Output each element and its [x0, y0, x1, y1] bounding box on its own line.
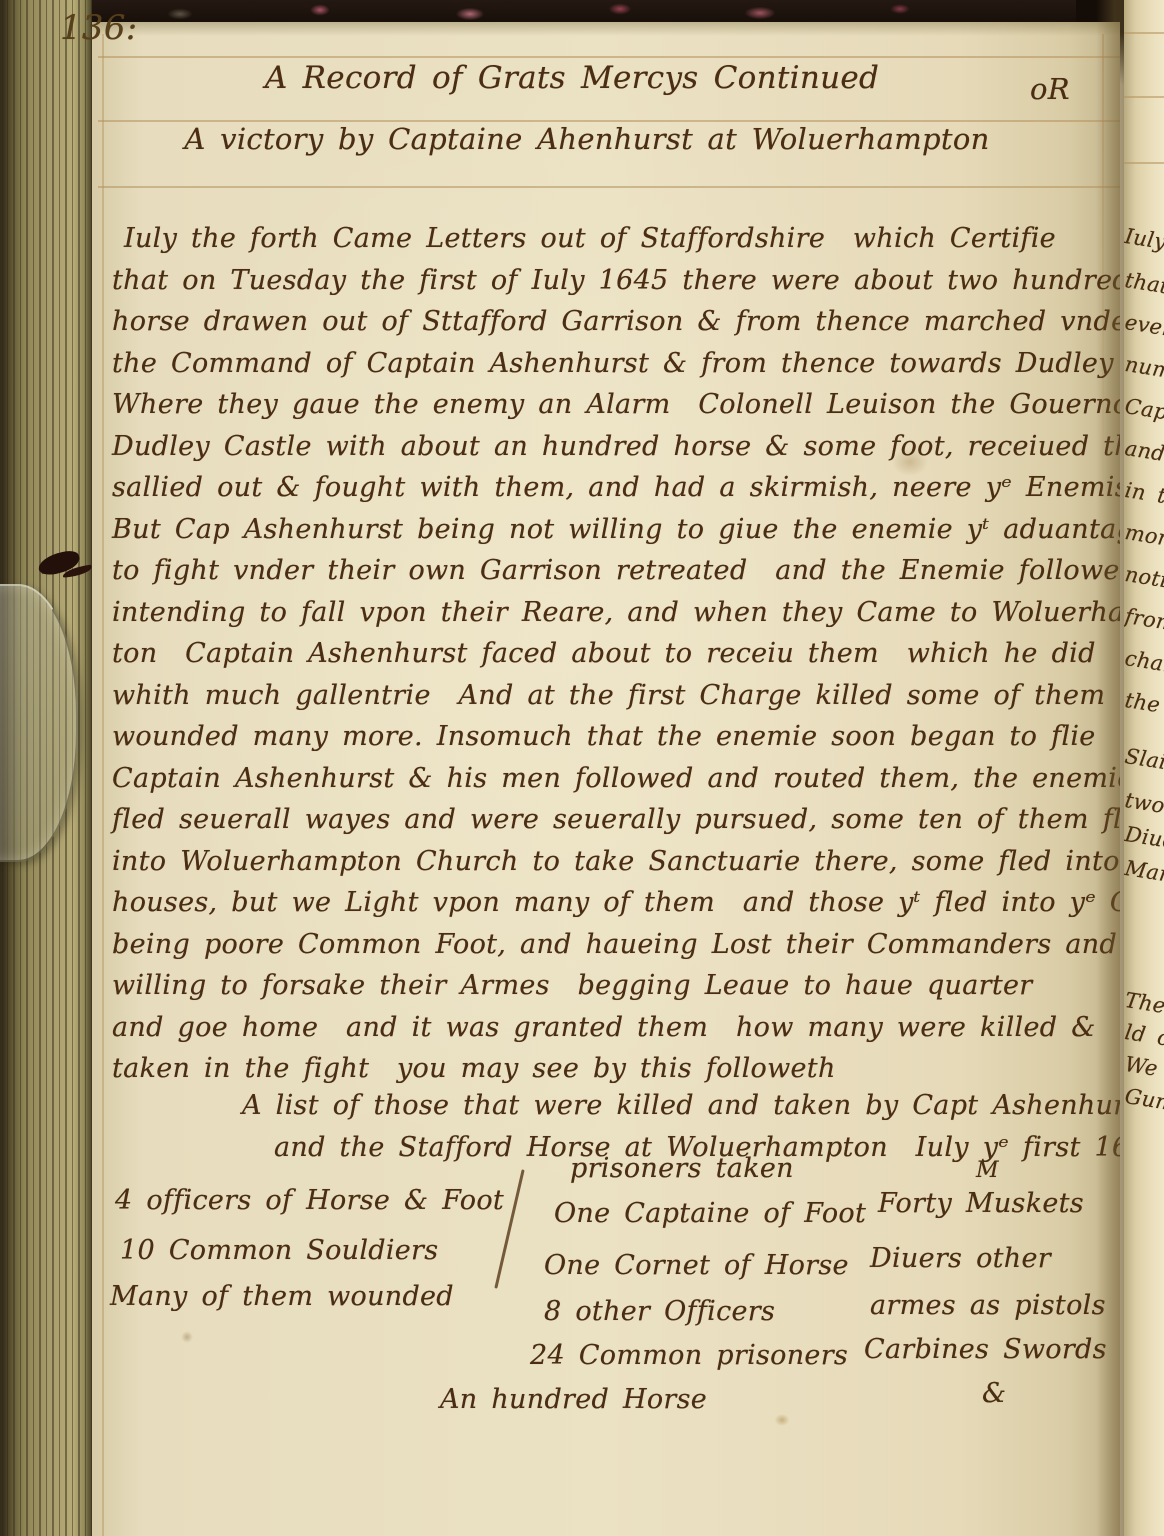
facing-text-fragment: Diuers S: [1124, 822, 1164, 861]
ruled-line: [1124, 162, 1164, 164]
prisoner-list-item: 8 other Officers: [544, 1296, 775, 1327]
arms-list-item: Forty Muskets: [878, 1188, 1084, 1219]
manuscript-page: A Record of Grats Mercys Continued oR A …: [92, 22, 1120, 1536]
body-line: the Command of Captain Ashenhurst & from…: [112, 343, 1120, 385]
facing-text-fragment: in their g: [1124, 478, 1164, 519]
body-line: houses, but we Light vpon many of them a…: [112, 882, 1120, 924]
facing-text-fragment: notice bei: [1124, 562, 1164, 603]
body-line: Where they gaue the enemy an Alarm Colon…: [112, 384, 1120, 426]
facing-text-fragment: Slaine: [1124, 744, 1164, 778]
body-line: But Cap Ashenhurst being not willing to …: [112, 509, 1120, 551]
body-line: into Woluerhampton Church to take Sanctu…: [112, 841, 1120, 883]
facing-text-fragment: Gunpowder: [1124, 1084, 1164, 1127]
killed-list-item: Many of them wounded: [110, 1281, 454, 1312]
body-line: ton Captain Ashenhurst faced about to re…: [112, 633, 1120, 675]
body-line: and goe home and it was granted them how…: [112, 1007, 1120, 1049]
facing-text-fragment: morning: [1124, 520, 1164, 558]
arms-list-item: Carbines Swords: [864, 1334, 1107, 1365]
body-line: being poore Common Foot, and haueing Los…: [112, 924, 1120, 966]
body-line: taken in the fight you may see by this f…: [112, 1048, 1120, 1090]
header-mark: oR: [1030, 72, 1070, 106]
facing-text-fragment: The Sh: [1124, 988, 1164, 1024]
facing-text-fragment: charged th: [1124, 646, 1164, 689]
body-line: sallied out & fought with them, and had …: [112, 467, 1120, 509]
prisoner-list-item: 24 Common prisoners: [530, 1340, 848, 1371]
facing-page-sliver: Iuly th that on evening number Captain E…: [1124, 0, 1164, 1536]
ruled-line: [1124, 96, 1164, 98]
margin-line: [102, 34, 104, 1536]
arms-list-item: Diuers other: [870, 1243, 1051, 1274]
body-line: horse drawen out of Sttafford Garrison &…: [112, 301, 1120, 343]
body-line: willing to forsake their Armes begging L…: [112, 965, 1120, 1007]
killed-list-item: 4 officers of Horse & Foot: [115, 1185, 504, 1216]
body-line: Iuly the forth Came Letters out of Staff…: [112, 218, 1120, 260]
prisoners-header: prisoners taken: [570, 1153, 794, 1184]
body-line: wounded many more. Insomuch that the ene…: [112, 716, 1120, 758]
arms-list-item: &: [982, 1378, 1006, 1409]
body-line: whith much gallentrie And at the first C…: [112, 675, 1120, 717]
list-intro-line1: A list of those that were killed and tak…: [242, 1090, 1120, 1121]
facing-text-fragment: Captain E: [1124, 394, 1164, 435]
body-text: Iuly the forth Came Letters out of Staff…: [112, 218, 1120, 1090]
superscript-m: M: [976, 1158, 999, 1183]
body-line: intending to fall vpon their Reare, and …: [112, 592, 1120, 634]
ruled-line: [1124, 32, 1164, 34]
prisoner-list-item: One Captaine of Foot: [554, 1198, 866, 1229]
manuscript-photo: 136: A Record of Grats Mercys Continued …: [0, 0, 1164, 1536]
facing-text-fragment: the follow: [1124, 688, 1164, 729]
page-subtitle: A victory by Captaine Ahenhurst at Wolue…: [92, 122, 1082, 156]
arms-list-item: armes as pistols: [870, 1290, 1106, 1321]
facing-text-fragment: and diuers: [1124, 436, 1164, 479]
body-line: fled seuerall wayes and were seuerally p…: [112, 799, 1120, 841]
facing-text-fragment: number: [1124, 352, 1164, 389]
page-title: A Record of Grats Mercys Continued: [92, 60, 1052, 96]
facing-text-fragment: from Bur: [1124, 604, 1164, 644]
ruled-line: [98, 56, 1120, 58]
facing-text-fragment: evening: [1124, 310, 1164, 347]
ruled-line: [98, 186, 1120, 188]
page-number: 136:: [60, 8, 138, 48]
body-line: to fight vnder their own Garrison retrea…: [112, 550, 1120, 592]
prisoner-list-item: An hundred Horse: [440, 1384, 707, 1415]
killed-list-item: 10 Common Souldiers: [120, 1235, 438, 1266]
facing-text-fragment: that on: [1124, 268, 1164, 305]
body-line: that on Tuesday the first of Iuly 1645 t…: [112, 260, 1120, 302]
body-line: Captain Ashenhurst & his men followed an…: [112, 758, 1120, 800]
body-line: Dudley Castle with about an hundred hors…: [112, 426, 1120, 468]
prisoner-list-item: One Cornet of Horse: [544, 1250, 849, 1281]
facing-text-fragment: two Offi: [1124, 788, 1164, 826]
facing-text-fragment: Many wo: [1124, 856, 1164, 896]
facing-text-fragment: Iuly th: [1124, 224, 1164, 260]
